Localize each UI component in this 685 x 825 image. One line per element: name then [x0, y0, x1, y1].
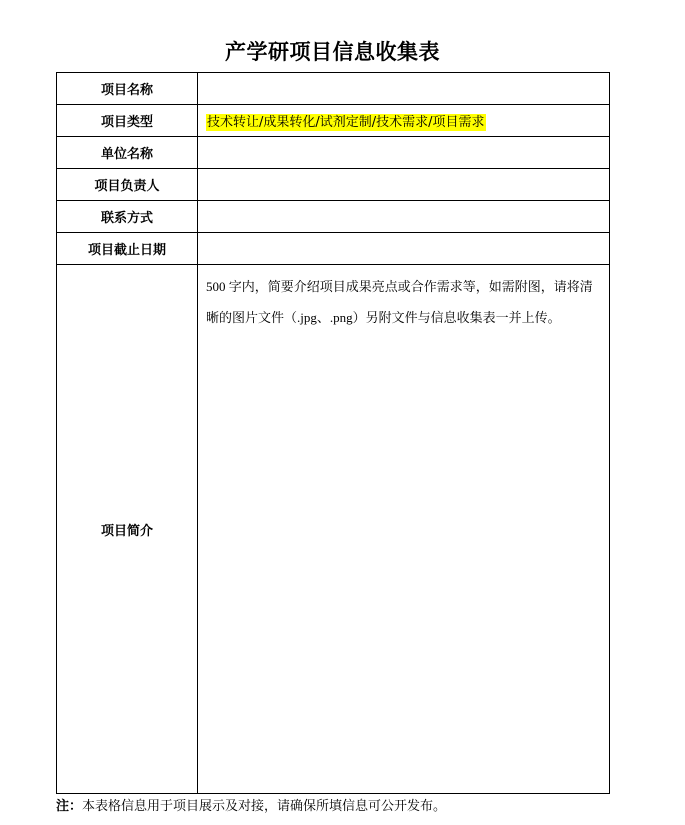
footnote: 注：本表格信息用于项目展示及对接，请确保所填信息可公开发布。 [56, 795, 446, 814]
field-deadline[interactable] [198, 233, 610, 265]
footnote-prefix: 注： [56, 799, 82, 814]
table-row-project-type: 项目类型 技术转让/成果转化/试剂定制/技术需求/项目需求 [57, 105, 610, 137]
info-form-table: 项目名称 项目类型 技术转让/成果转化/试剂定制/技术需求/项目需求 单位名称 … [56, 72, 610, 794]
label-introduction: 项目简介 [57, 265, 198, 794]
field-project-type[interactable]: 技术转让/成果转化/试剂定制/技术需求/项目需求 [198, 105, 610, 137]
project-type-options: 技术转让/成果转化/试剂定制/技术需求/项目需求 [206, 114, 486, 131]
footnote-text: 本表格信息用于项目展示及对接，请确保所填信息可公开发布。 [82, 798, 446, 813]
label-deadline: 项目截止日期 [57, 233, 198, 265]
field-project-lead[interactable] [198, 169, 610, 201]
table-row-contact: 联系方式 [57, 201, 610, 233]
label-project-type: 项目类型 [57, 105, 198, 137]
field-project-name[interactable] [198, 73, 610, 105]
field-introduction[interactable]: 500 字内，简要介绍项目成果亮点或合作需求等，如需附图，请将清晰的图片文件（.… [198, 265, 610, 794]
label-project-lead: 项目负责人 [57, 169, 198, 201]
table-row-deadline: 项目截止日期 [57, 233, 610, 265]
table-row-introduction: 项目简介 500 字内，简要介绍项目成果亮点或合作需求等，如需附图，请将清晰的图… [57, 265, 610, 794]
label-project-name: 项目名称 [57, 73, 198, 105]
field-contact[interactable] [198, 201, 610, 233]
page-title: 产学研项目信息收集表 [0, 36, 665, 66]
label-organization: 单位名称 [57, 137, 198, 169]
field-organization[interactable] [198, 137, 610, 169]
label-contact: 联系方式 [57, 201, 198, 233]
table-row-project-name: 项目名称 [57, 73, 610, 105]
table-row-project-lead: 项目负责人 [57, 169, 610, 201]
table-row-organization: 单位名称 [57, 137, 610, 169]
